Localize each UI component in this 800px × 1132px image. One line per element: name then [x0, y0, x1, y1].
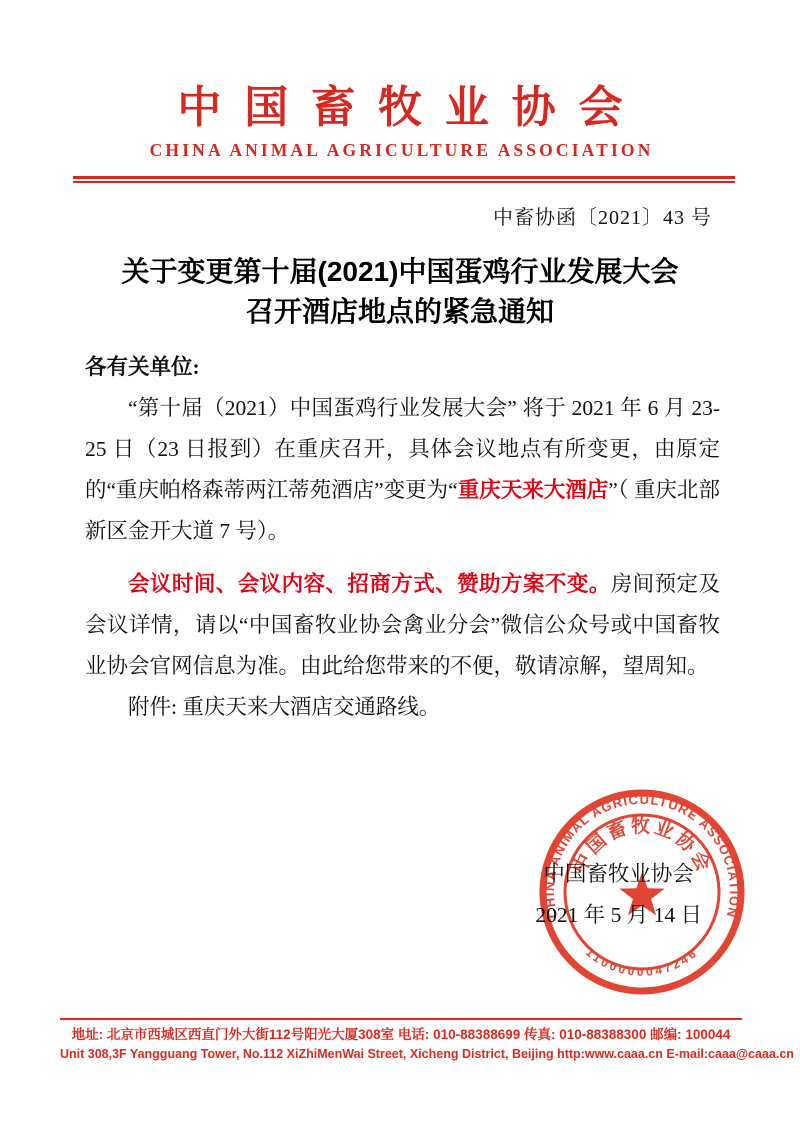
signature-block: 中国畜牧业协会 2021 年 5 月 14 日: [535, 854, 702, 936]
signature-date: 2021 年 5 月 14 日: [535, 895, 702, 936]
org-name-cn: 中国畜牧业协会: [0, 82, 800, 134]
footer-address-cn: 地址: 北京市西城区西直门外大街112号阳光大厦308室 电话: 010-883…: [60, 1026, 742, 1044]
notice-title-line2: 召开酒店地点的紧急通知: [60, 292, 740, 332]
signature-org: 中国畜牧业协会: [535, 854, 702, 895]
header-divider-thick-rule: [73, 176, 735, 179]
letterhead: 中国畜牧业协会 CHINA ANIMAL AGRICULTURE ASSOCIA…: [0, 82, 800, 161]
footer: 地址: 北京市西城区西直门外大街112号阳光大厦308室 电话: 010-883…: [60, 1018, 742, 1062]
seal-arc-bottom-text: 1100000047246: [583, 945, 701, 979]
official-letter-page: 中国畜牧业协会 CHINA ANIMAL AGRICULTURE ASSOCIA…: [0, 0, 800, 1132]
org-name-en: CHINA ANIMAL AGRICULTURE ASSOCIATION: [0, 140, 800, 161]
footer-address-en: Unit 308,3F Yangguang Tower, No.112 XiZh…: [60, 1046, 742, 1062]
paragraph-1: “第十届（2021）中国蛋鸡行业发展大会” 将于 2021 年 6 月 23-2…: [85, 388, 720, 552]
header-divider-thin-rule: [73, 181, 735, 183]
unchanged-notice-highlight: 会议时间、会议内容、招商方式、赞助方案不变。: [128, 572, 611, 596]
attachment-note: 附件: 重庆天来大酒店交通路线。: [85, 687, 720, 728]
notice-title-line1: 关于变更第十届(2021)中国蛋鸡行业发展大会: [60, 252, 740, 292]
header-divider: [73, 176, 735, 183]
salutation: 各有关单位:: [85, 347, 720, 388]
footer-divider: [60, 1018, 742, 1020]
paragraph-2: 会议时间、会议内容、招商方式、赞助方案不变。房间预定及会议详情，请以“中国畜牧业…: [85, 564, 720, 687]
notice-title: 关于变更第十届(2021)中国蛋鸡行业发展大会 召开酒店地点的紧急通知: [60, 252, 740, 332]
hotel-name-highlight: 重庆天来大酒店: [458, 478, 609, 502]
doc-number: 中畜协函〔2021〕43 号: [493, 201, 712, 230]
letter-body: 各有关单位: “第十届（2021）中国蛋鸡行业发展大会” 将于 2021 年 6…: [85, 347, 720, 728]
